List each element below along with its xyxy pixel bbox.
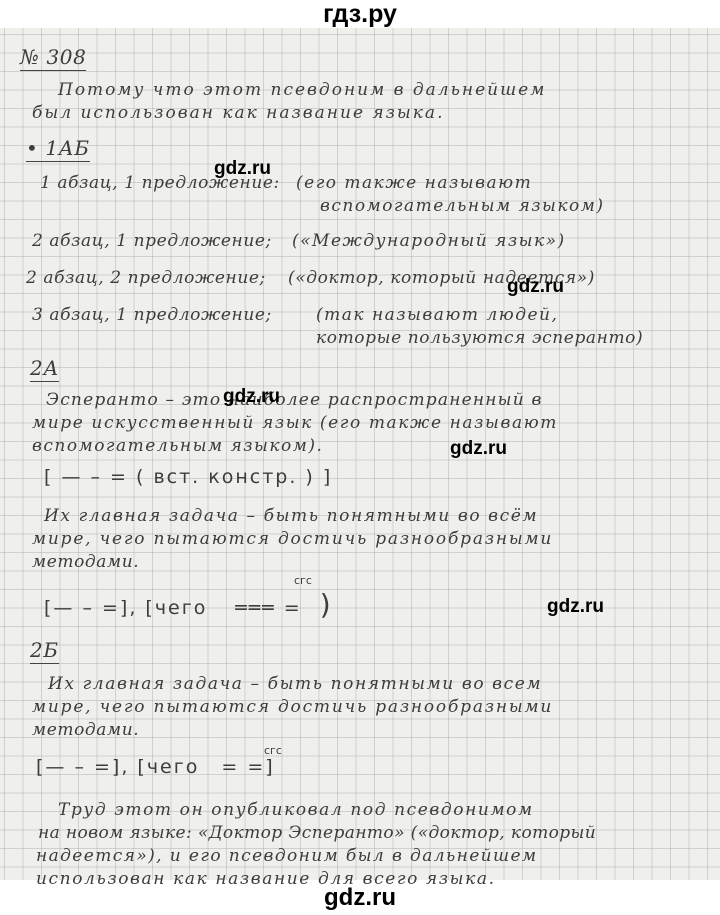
notebook-page: № 308 Потому что этот псевдоним в дальне…: [0, 28, 720, 880]
item-2-text: («Международный язык»): [292, 231, 566, 251]
intro-line-2: был использован как название языка.: [32, 103, 444, 123]
item-4-label: 3 абзац, 1 предложение;: [32, 305, 272, 325]
watermark: gdz.ru: [507, 276, 564, 298]
item-1-text-1: (его также называют: [296, 173, 532, 193]
watermark: gdz.ru: [450, 438, 507, 460]
task-2a-sentence2-line2: мире, чего пытаются достичь разнообразны…: [32, 529, 553, 549]
watermark: gdz.ru: [214, 158, 271, 180]
task-2b-sentence2-line1: Труд этот он опубликовал под псевдонимом: [58, 800, 534, 820]
task-2a-sentence1-line3: вспомогательным языком).: [32, 436, 323, 456]
item-3-label: 2 абзац, 2 предложение;: [26, 268, 266, 288]
exercise-number: № 308: [20, 45, 86, 71]
watermark: gdz.ru: [223, 386, 280, 408]
task-2a-schema2: [— – =], [чего ═══ = ) сгс: [44, 588, 333, 621]
schema1-main: [— – =], [чего: [36, 756, 199, 778]
item-1-text-2: вспомогательным языком): [320, 196, 604, 216]
task-2a-sentence2-line3: методами.: [32, 552, 139, 572]
task-2a-sentence1-line2: мире искусственный язык (его также назыв…: [32, 413, 558, 433]
task-2a-heading: 2А: [30, 356, 59, 382]
task-2b-schema1: [— – =], [чего = =] сгс: [36, 756, 275, 778]
schema1-mark: сгс: [264, 744, 282, 757]
intro-line-1: Потому что этот псевдоним в дальнейшем: [58, 80, 546, 100]
watermark: gdz.ru: [547, 596, 604, 618]
item-2-label: 2 абзац, 1 предложение;: [32, 231, 272, 251]
item-4-text-1: (так называют людей,: [316, 305, 558, 325]
site-header-title[interactable]: гдз.ру: [0, 0, 720, 28]
task-2b-sentence1-line1: Их главная задача – быть понятными во вс…: [48, 674, 542, 694]
schema2-predicate: ═══ =: [235, 597, 301, 619]
task-2b-sentence1-line2: мире, чего пытаются достичь разнообразны…: [32, 697, 553, 717]
site-footer-link[interactable]: gdz.ru: [0, 880, 720, 915]
schema2-mark: сгс: [294, 574, 312, 587]
task-2b-sentence2-line2: на новом языке: «Доктор Эсперанто» («док…: [38, 823, 596, 843]
task-2b-heading: 2Б: [30, 638, 59, 664]
schema2-main: [— – =], [чего: [44, 597, 207, 619]
task-2a-sentence1-line1: Эсперанто – это наиболее распространенны…: [46, 390, 543, 410]
task-2a-schema1: [ — – = ( вст. констр. ) ]: [44, 466, 332, 488]
schema2-close: ): [320, 588, 333, 621]
task-2a-sentence2-line1: Их главная задача – быть понятными во вс…: [44, 506, 538, 526]
task-2b-sentence1-line3: методами.: [32, 720, 139, 740]
task-1ab-heading: • 1АБ: [26, 136, 90, 162]
task-2b-sentence2-line3: надеется»), и его псевдоним был в дальне…: [36, 846, 538, 866]
schema1-predicate: = =]: [221, 756, 274, 778]
item-4-text-2: которые пользуются эсперанто): [316, 328, 643, 348]
